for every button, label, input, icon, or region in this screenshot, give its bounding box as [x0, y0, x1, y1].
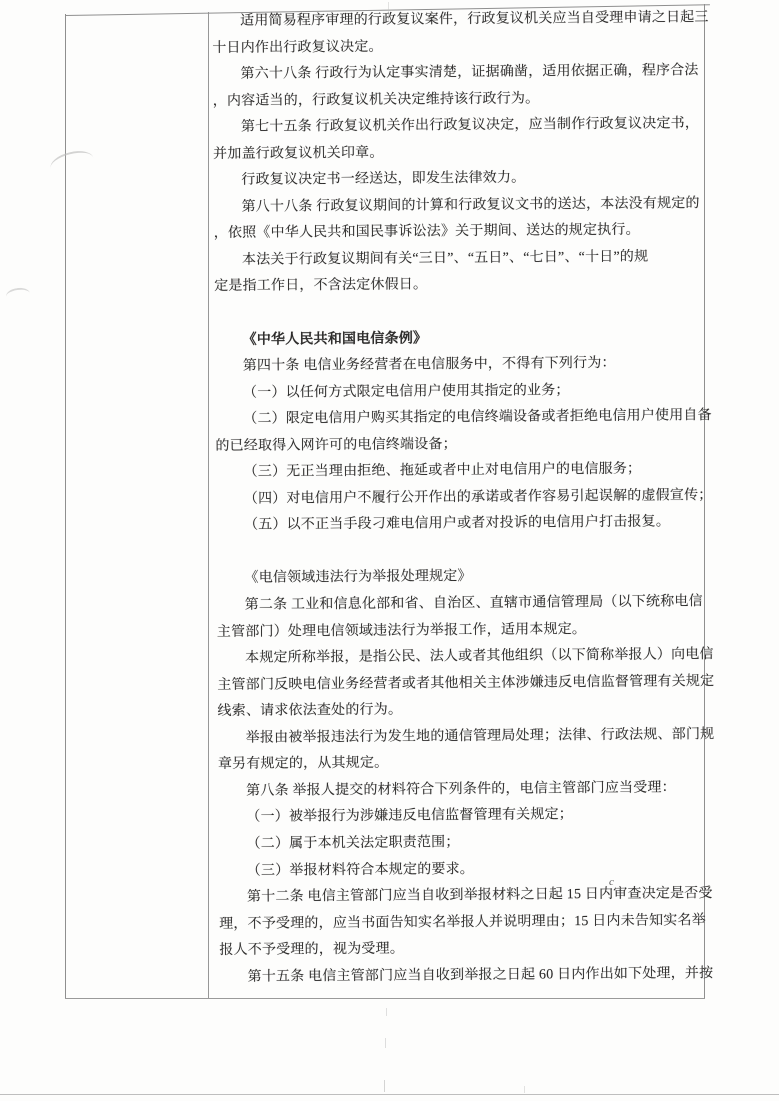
text-line: 《电信领域违法行为举报处理规定》 — [216, 563, 708, 593]
table-column-divider — [208, 12, 209, 998]
text-line: 第六十八条 行政行为认定事实清楚，证据确凿，适用依据正确，程序合法 — [212, 58, 704, 88]
paper-crease-mark — [524, 1086, 525, 1093]
text-line: 第十五条 电信主管部门应当自收到举报之日起 60 日内作出如下处理，并按 — [220, 961, 712, 991]
blank-line — [216, 536, 708, 566]
text-line: （五）以不正当手段刁难电信用户或者对投诉的电信用户打击报复。 — [216, 510, 708, 540]
text-line: 线索、请求依法查处的行为。 — [217, 695, 709, 725]
text-line: ，内容适当的，行政复议机关决定维持该行政行为。 — [213, 85, 705, 115]
text-line: 主管部门）处理电信领域违法行为举报工作，适用本规定。 — [217, 616, 709, 646]
text-line: 举报由被举报违法行为发生地的通信管理局处理；法律、行政法规、部门规 — [218, 722, 710, 752]
text-line: 第二条 工业和信息化部和省、自治区、直辖市通信管理局（以下统称电信 — [217, 589, 709, 619]
text-line: （三）无正当理由拒绝、拖延或者中止对电信用户的电信服务； — [216, 456, 708, 486]
text-line: 主管部门反映电信业务经营者或者其他相关主体涉嫌违反电信监督管理有关规定 — [217, 669, 709, 699]
page-edge-scan-line — [0, 1094, 779, 1095]
scanned-document-page: 适用简易程序审理的行政复议案件，行政复议机关应当自受理申请之日起三十日内作出行政… — [0, 0, 779, 1101]
text-line: 的已经取得入网许可的电信终端设备； — [215, 430, 707, 460]
text-line: 本规定所称举报，是指公民、法人或者其他组织（以下简称举报人）向电信 — [217, 642, 709, 672]
document-text: 适用简易程序审理的行政复议案件，行政复议机关应当自受理申请之日起三十日内作出行政… — [212, 5, 712, 991]
text-line: （二）属于本机关法定职责范围； — [218, 828, 710, 858]
text-line: （三）举报材料符合本规定的要求。 — [219, 855, 711, 885]
blank-line — [214, 297, 706, 327]
table-border-bottom — [65, 998, 705, 999]
text-line: 第四十条 电信业务经营者在电信服务中，不得有下列行为： — [215, 350, 707, 380]
text-line: 章另有规定的，从其规定。 — [218, 748, 710, 778]
text-line: 第八条 举报人提交的材料符合下列条件的，电信主管部门应当受理： — [218, 775, 710, 805]
paper-crease-mark — [388, 2, 389, 22]
scan-smudge — [5, 286, 31, 303]
text-line: 报人不予受理的，视为受理。 — [219, 934, 711, 964]
text-line: 理，不予受理的，应当书面告知实名举报人并说明理由；15 日内未告知实名举 — [219, 908, 711, 938]
text-line: （一）以任何方式限定电信用户使用其指定的业务； — [215, 377, 707, 407]
text-line: 十日内作出行政复议决定。 — [212, 32, 704, 62]
stray-pen-mark: c — [609, 876, 614, 888]
text-line: 第八十八条 行政复议期间的计算和行政复议文书的送达，本法没有规定的 — [213, 191, 705, 221]
text-line: 第十二条 电信主管部门应当自收到举报材料之日起 15 日内审查决定是否受 — [219, 881, 711, 911]
text-line: （二）限定电信用户购买其指定的电信终端设备或者拒绝电信用户使用自备 — [215, 403, 707, 433]
text-line: 定是指工作日，不含法定休假日。 — [214, 271, 706, 301]
paper-crease-mark — [385, 1038, 386, 1048]
paper-crease-mark — [386, 1008, 387, 1016]
text-line: 并加盖行政复议机关印章。 — [213, 138, 705, 168]
text-line: （四）对电信用户不履行公开作出的承诺或者作容易引起误解的虚假宣传； — [216, 483, 708, 513]
text-line: 《中华人民共和国电信条例》 — [215, 324, 707, 354]
paper-crease-mark — [384, 1080, 385, 1092]
text-line: 适用简易程序审理的行政复议案件，行政复议机关应当自受理申请之日起三 — [212, 5, 704, 35]
text-line: 本法关于行政复议期间有关“三日”、“五日”、“七日”、“十日”的规 — [214, 244, 706, 274]
text-line: （一）被举报行为涉嫌违反电信监督管理有关规定； — [218, 802, 710, 832]
text-line: 行政复议决定书一经送达，即发生法律效力。 — [213, 164, 705, 194]
text-line: ，依照《中华人民共和国民事诉讼法》关于期间、送达的规定执行。 — [214, 218, 706, 248]
text-line: 第七十五条 行政复议机关作出行政复议决定，应当制作行政复议决定书， — [213, 111, 705, 141]
